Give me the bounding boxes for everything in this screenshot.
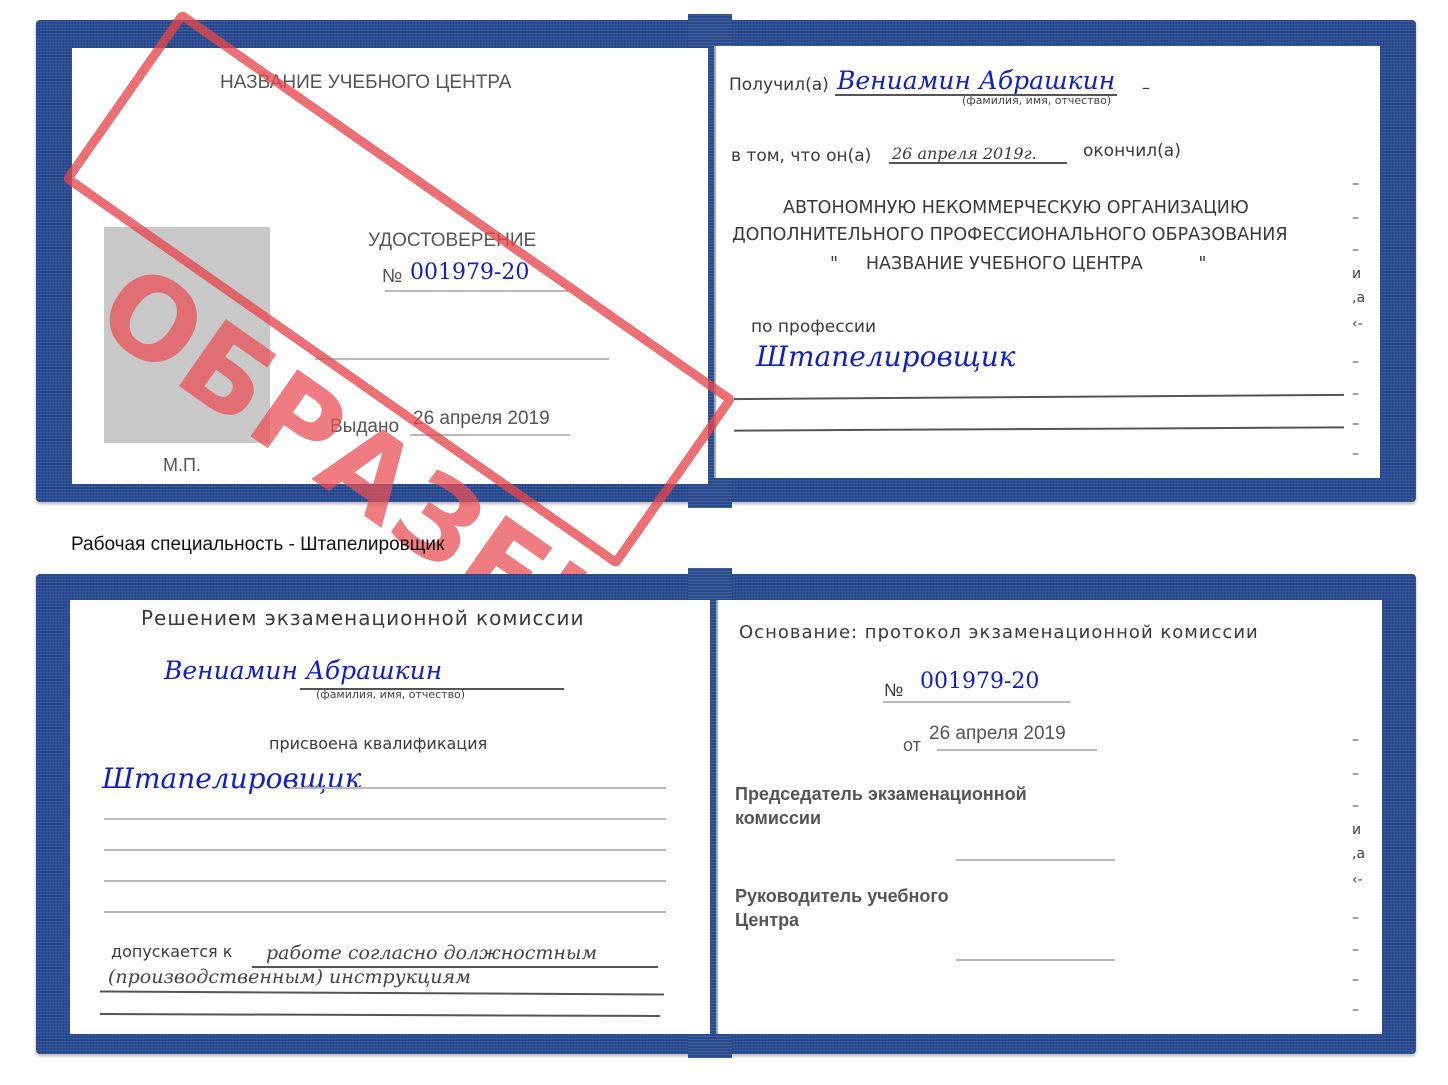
head-signature-line	[956, 959, 1115, 961]
edge-mark: и	[1352, 266, 1361, 282]
chairman-line-2: комиссии	[735, 808, 821, 829]
edge-mark: –	[1352, 972, 1359, 988]
edge-mark: ‹-	[1352, 872, 1363, 888]
edge-mark: –	[1352, 354, 1359, 370]
edge-mark: ,а	[1352, 290, 1365, 306]
edge-mark: –	[1352, 732, 1359, 748]
qualification-line-2	[104, 818, 666, 820]
seal-label: М.П.	[163, 455, 201, 476]
edge-mark: –	[1352, 766, 1359, 782]
protocol-number: 001979-20	[920, 669, 1039, 694]
edge-mark: –	[1352, 242, 1359, 258]
qualification-line-1	[290, 787, 666, 789]
qualification-line-5	[104, 911, 666, 913]
edge-mark: –	[1352, 446, 1359, 462]
protocol-number-underline	[883, 701, 1070, 703]
edge-mark: –	[1352, 210, 1359, 226]
decision-name-hint: (фамилия, имя, отчество)	[316, 688, 465, 701]
chairman-signature-line	[956, 859, 1115, 861]
edge-mark: –	[1352, 386, 1359, 402]
from-label: от	[903, 735, 921, 756]
edge-mark: –	[1352, 798, 1359, 814]
decision-title: Решением экзаменационной комиссии	[141, 606, 584, 630]
finished-label: окончил(а)	[1083, 141, 1181, 161]
decision-name: Вениамин Абрашкин	[164, 656, 442, 685]
edge-mark: ‹-	[1352, 316, 1363, 332]
edge-mark: –	[1352, 942, 1359, 958]
that-label: в том, что он(а)	[731, 146, 871, 166]
head-line-1: Руководитель учебного	[735, 886, 949, 907]
admitted-line-1: работе согласно должностным	[266, 942, 597, 964]
profession-label: по профессии	[751, 317, 876, 337]
from-date: 26 апреля 2019	[929, 723, 1066, 745]
received-name: Вениамин Абрашкин	[837, 66, 1115, 95]
qualification-label: присвоена квалификация	[269, 734, 487, 753]
edge-mark: –	[1352, 416, 1359, 432]
dash: –	[1142, 78, 1150, 97]
specialty-caption: Рабочая специальность - Штапелировщик	[71, 534, 444, 556]
org-line-2: ДОПОЛНИТЕЛЬНОГО ПРОФЕССИОНАЛЬНОГО ОБРАЗО…	[732, 225, 1287, 245]
edge-mark: ,а	[1352, 846, 1365, 862]
that-date: 26 апреля 2019г.	[892, 144, 1037, 163]
edge-mark: –	[1352, 1002, 1359, 1018]
name-hint: (фамилия, имя, отчество)	[962, 94, 1111, 107]
basis-label: Основание: протокол экзаменационной коми…	[739, 622, 1259, 643]
edge-mark: и	[1352, 822, 1361, 838]
that-date-underline	[889, 162, 1067, 164]
protocol-number-label: №	[884, 680, 903, 701]
qualification-line-4	[104, 880, 666, 882]
edge-mark: –	[1352, 176, 1359, 192]
admitted-line-2: (производственным) инструкциям	[108, 966, 471, 988]
head-line-2: Центра	[735, 910, 799, 931]
from-date-underline	[937, 749, 1097, 751]
org-line-1: АВТОНОМНУЮ НЕКОММЕРЧЕСКУЮ ОРГАНИЗАЦИЮ	[783, 198, 1249, 218]
qualification-value: Штапелировщик	[102, 762, 362, 795]
org-line-3: " НАЗВАНИЕ УЧЕБНОГО ЦЕНТРА "	[830, 254, 1206, 274]
edge-mark: –	[1352, 910, 1359, 926]
qualification-line-3	[104, 849, 666, 851]
chairman-line-1: Председатель экзаменационной	[735, 784, 1027, 805]
admitted-label: допускается к	[111, 942, 232, 961]
received-label: Получил(а)	[729, 75, 829, 95]
profession-value: Штапелировщик	[756, 340, 1016, 373]
